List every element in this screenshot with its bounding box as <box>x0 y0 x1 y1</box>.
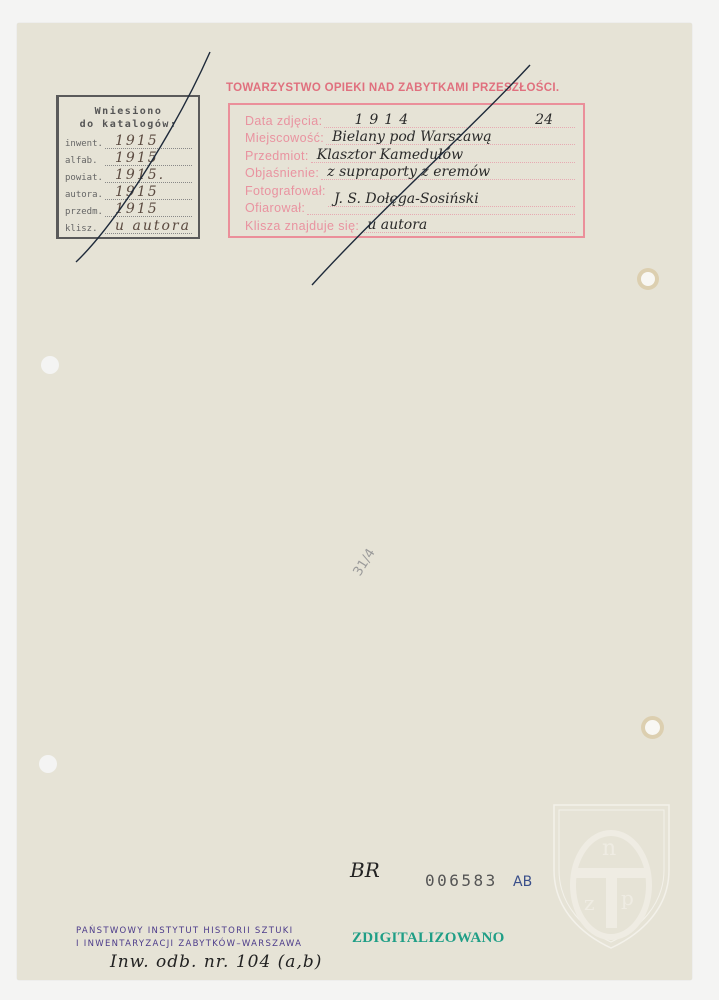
signature-mark: BR <box>350 858 380 882</box>
institute-stamp-line1: PAŃSTWOWY INSTYTUT HISTORII SZTUKI <box>76 925 302 938</box>
inventory-suffix: AB <box>513 874 532 890</box>
institute-stamp-line2: I INWENTARYZACJI ZABYTKÓW–WARSZAWA <box>76 938 302 951</box>
watermark-shield-icon: n z p <box>549 800 679 950</box>
digitized-stamp: ZDIGITALIZOWANO <box>352 930 505 947</box>
inventory-number: 006583 <box>425 871 498 890</box>
institute-stamp: PAŃSTWOWY INSTYTUT HISTORII SZTUKI I INW… <box>76 925 302 951</box>
svg-text:z: z <box>584 891 595 915</box>
svg-text:p: p <box>621 886 634 910</box>
svg-text:n: n <box>602 836 616 861</box>
inventory-note: Inw. odb. nr. 104 (a,b) <box>110 952 322 972</box>
